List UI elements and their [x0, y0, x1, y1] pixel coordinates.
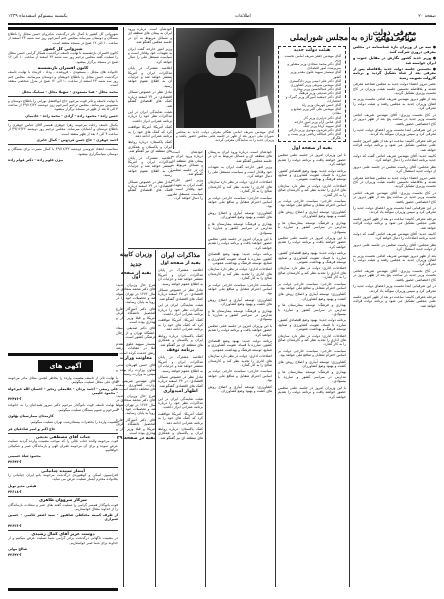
cabinet-box-title: هیئت دولت جدید [283, 49, 341, 53]
condolence-signatures: علی ربیعی - احمد یزدان - غلامعلی زنجیر -… [8, 387, 118, 396]
paragraph: اعلامیه مشترک در پایان مذاکرات ایران و آ… [128, 156, 172, 178]
paragraph: برنامه دولت جدید: بهبود وضع اقتصادی کشور… [208, 252, 272, 265]
notice-text: شهروانی کل کشور با کمال تاثر درگذشت شادر… [8, 32, 118, 45]
paragraph: خودشان است. درباره ورود ایران به پیمان ه… [208, 150, 272, 163]
paragraph: در این شرفیابی ابتدا نخست وزیر اعضای دول… [353, 284, 436, 293]
notice-text: خانواده های مجلل - مسعودی - فروغنده - ود… [8, 70, 118, 87]
paragraph: آقای دکتر آموزگار فارغ التحصیل دانشگاه ک… [116, 418, 156, 436]
paragraph: مرحله معرفی کابینه: ساعت دو بعد از ظهر ا… [353, 139, 436, 152]
paragraph: اصلاحات اداری: دولت در نظر دارد سازمان ه… [208, 354, 272, 367]
condolence-signatures: هیئتی مدیر نوبل [8, 484, 118, 488]
paragraph: کشاورزی: توسعه آبیاری و اصلاح روش های کش… [278, 210, 346, 219]
condolence: سرکار سرووان طاهری فوت بانوگذار همسر گرا… [8, 498, 118, 528]
paragraph: با این وزیران امروز در جلسه علنی مجلس حض… [278, 153, 346, 166]
condolence-text: فوت بانوگذار همسر گرامی را تسلیت گفته بق… [8, 503, 118, 512]
paragraph: سیاست خارجی: سیاست خارجی دولت بر اساس اح… [278, 349, 346, 358]
paragraph: بهداری و فرهنگ: توسعه بیمارستان ها و مدا… [278, 370, 346, 383]
ad-ref: آ-۴۲۶۱۸ [8, 490, 118, 494]
paragraph: تبادل نظر در خصوص مسائل اقتصادی: در ۲۴ ا… [128, 90, 172, 108]
paragraph: هیئت نمایندگی ایران در این مذاکرات نظر خ… [128, 110, 172, 123]
paragraph: اصلاحات اداری: دولت در نظر دارد سازمان ه… [208, 180, 272, 193]
paragraph: شرح حال وزیران جدید: آقای دکتر محمد سجاد… [116, 394, 156, 416]
bullet: ● نخستین جلسه دولت جدید بلافاصله پس از م… [353, 67, 436, 80]
masthead: صفحه ۲۰ اطلاعات یکشنبه بیستوکم اسفندماه … [8, 10, 436, 22]
notice-signatures: حسن زاده - محمود زاده - آزادی - محمد زاد… [8, 114, 118, 118]
condolence-signatures: از طرف کمیته مختلطی شاهپور - سید اصغر قا… [8, 513, 118, 522]
ad-divider [8, 433, 118, 434]
bullet: ● وزیر جدید کشور نگارش در مقابل جنوب و ا… [353, 56, 436, 65]
cabinet-member: آقای مهندس جعفر شریف امامی نخست وزیر [283, 54, 341, 62]
column-right: معرفی دولت بقیه از صفحه اول ● سه تن از و… [353, 27, 436, 587]
paragraph: مرحله معرفی کابینه: ساعت دو بعد از ظهر ا… [353, 295, 436, 308]
column-center-left: خودشان است. درباره ورود ایران به پیمان ه… [208, 150, 272, 587]
paragraph: کمک آمریکا: آمریکا موافقت کرد که کمک های… [158, 412, 203, 425]
ad-ref: آ-۴۲۶۳۶ [8, 524, 118, 528]
paragraph: تبادل نظر در خصوص مسائل اقتصادی: در ۲۴ ا… [128, 180, 172, 198]
notice: کانون افسران بازنشسته خانواده های مجلل -… [8, 66, 118, 94]
paragraph: اصلاحات اداری: دولت در نظر دارد سازمان ه… [278, 266, 346, 279]
paragraph: تبادل نظر در خصوص مسائل اقتصادی: در ۲۴ ا… [158, 375, 203, 388]
paragraph: با این وزیران امروز در جلسه علنی مجلس حض… [278, 386, 346, 399]
paragraph: اصلاحات اداری: دولت در نظر دارد سازمان ه… [278, 184, 346, 197]
column-left-center-top: خودشان است. درباره ورود ایران به پیمان ه… [128, 27, 172, 247]
column-divider [123, 27, 124, 587]
paragraph: برنامه دولت جدید: بهبود وضع اقتصادی کشور… [208, 339, 272, 352]
ad-ref: آ-۴۲۶۴۳ [8, 460, 118, 464]
condolence-signatures: محمود شاه حسینی [8, 454, 118, 458]
paragraph: سیاست خارجی: سیاست خارجی دولت بر اساس اح… [278, 199, 346, 208]
column-iran-negotiations: مذاکرات ایران بقیه از صفحه اول اعلامیه م… [158, 250, 203, 587]
paragraph: عصر دیروز اعضاء دولت جدید به مجلس شناخته… [353, 176, 436, 189]
column-new-ministers: وزیران کابینه جدید بقیه از صفحه اول شرح … [116, 250, 156, 587]
paragraph: برنامه دولت جدید: بهبود وضع اقتصادی کشور… [278, 318, 346, 331]
ad-divider [8, 467, 118, 468]
bottom-rule [8, 588, 118, 591]
condolence-signatures: صالح مولی [8, 547, 118, 551]
paragraph: آقای مهندس شریفی در وزارت کشاورزی سمت ها… [116, 379, 156, 392]
condolence-signatures: حاج اکبر و امیر صادقیان فر [8, 427, 118, 431]
ad-ref: آ-۴۲۴۷۶ [8, 397, 118, 401]
paragraph: نظر مجلس: آقای ریاست مجلس در جلسه علنی د… [353, 243, 436, 252]
notice-text: کانون افسران بازنشسته با نهایت تاسف درگذ… [8, 51, 118, 64]
section-rule [8, 353, 118, 356]
notice-signatures: بیژن علوم زاده - دکتر قوام زاده [8, 158, 118, 162]
condolence-text: با نهایت تاسف فوت بانوگذار مرحوم دکتر سر… [8, 403, 118, 412]
paragraph: اعلامیه مشترک در پایان مذاکرات ایران و آ… [158, 355, 203, 373]
photo-prime-minister [176, 28, 274, 128]
cabinet-member: آقای دکتر عبدالله ریاضی وزیر پست و تلگرا… [283, 132, 341, 140]
paragraph: کمک پاکستان: درباره روابط ایران و پاکستا… [128, 140, 172, 153]
paragraph: بهداری و فرهنگ: توسعه بیمارستان ها و مدا… [278, 303, 346, 316]
subhead: اظهار امیدواری [158, 390, 203, 394]
notice-divider [8, 144, 118, 145]
paragraph: برنامه دولت جدید: بهبود وضع اقتصادی کشور… [278, 169, 346, 182]
paragraph: کابینه جدید: آقای مهندس شریف امامی گفت ک… [353, 232, 436, 241]
condolence: آیتمار سپیده چیانیانی فدراسیون اسکی و کو… [8, 469, 118, 494]
paragraph: وزیر امور خارجه گفت ایران به تعهدات خود … [171, 178, 203, 200]
notice-signatures: محمد مجلل - هما مسعودی - سهیلا مجلل - سی… [8, 90, 118, 94]
subhead: بقیه از صفحه اول [278, 147, 346, 151]
column-divider [275, 145, 276, 587]
cabinet-member: آقای مهندس علی اکبر وزیر صنایع و معادن [283, 107, 341, 115]
cabinet-member: آقای تیمسار سپهبد علوی مقدم وزیر کشور [283, 70, 341, 78]
paragraph: بهداری و فرهنگ: توسعه بیمارستان ها و مدا… [278, 221, 346, 234]
paragraph: بعد از ظهر دیروز مهندس شریف امامی نخست و… [353, 254, 436, 267]
page-number: صفحه ۲۰ [418, 14, 436, 19]
subhead: معاونت وزارت [116, 357, 156, 361]
newspaper-page: صفحه ۲۰ اطلاعات یکشنبه بیستوکم اسفندماه … [8, 10, 436, 590]
paragraph: اصلاحات اداری: دولت در نظر دارد سازمان ه… [208, 267, 272, 280]
paragraph: عصر دیروز اعضاء دولت جدید به مجلس شناخته… [353, 82, 436, 95]
column-divider [349, 27, 350, 587]
notice-signatures: احمد جوهری - حاج حسن فردوس - کمال حاتری [8, 138, 118, 142]
paragraph: مرحله معرفی کابینه: ساعت دو بعد از ظهر ا… [353, 217, 436, 230]
paper-name: اطلاعات [235, 14, 251, 19]
paragraph: شرح حال وزیران جدید: آقای دکتر محمد سجاد… [116, 283, 156, 305]
bullet: ● سه تن از وزیران تازه شناسنامه در مجلس … [353, 45, 436, 54]
column-center-right: بقیه از صفحه اول با این وزیران امروز در … [278, 145, 346, 585]
paragraph: کشاورزی: توسعه آبیاری و اصلاح روش های کش… [208, 298, 272, 307]
column-divider [173, 27, 174, 149]
headline-iran-negotiations: مذاکرات ایران [158, 250, 203, 260]
paragraph: در کاخ نخست وزیری: آقای مهندس شریف امامی… [353, 269, 436, 282]
paragraph: در این شرفیابی ابتدا نخست وزیر اعضای دول… [353, 206, 436, 215]
paragraph: برنامه دولت جدید: بهبود وضع اقتصادی کشور… [278, 251, 346, 264]
paragraph: کمک پاکستان: درباره روابط ایران و پاکستا… [158, 427, 203, 440]
notice: با نهایت تاسف و تاثر فوت مرحوم حاج ابوال… [8, 99, 118, 118]
notice-divider [8, 96, 118, 97]
column-divider [205, 150, 206, 587]
paragraph: در این شرفیابی ابتدا نخست وزیر اعضای دول… [353, 128, 436, 137]
ad-ref: آ-۴۲۶۴۲ [8, 553, 118, 557]
paragraph: اصلاحات اداری: دولت در نظر دارد سازمان ه… [278, 334, 346, 347]
condolence-banner: آگهی های تسلیت [38, 360, 93, 372]
paragraph: سیاست خارجی: سیاست خارجی دولت بر اساس اح… [208, 283, 272, 296]
paragraph: آقای دکتر آموزگار فارغ التحصیل دانشگاه ک… [116, 307, 156, 325]
condolence: با نهایت تاسف فوت بانوگذار مرحوم دکتر سر… [8, 403, 118, 418]
paragraph: کمک آمریکا: آمریکا موافقت کرد که کمک های… [128, 125, 172, 138]
continued-note: بقیه در صفحه ۲۹ [116, 437, 156, 441]
paragraph: آقای حسن قهرمان مدتی معاون وزارت راه بود… [116, 363, 156, 376]
paragraph: با این وزیران امروز در جلسه علنی مجلس حض… [208, 324, 272, 337]
condolence-text: در مصیبت ناگهانی درگذشت برادر گرامی شما … [8, 536, 118, 545]
ad-divider [8, 496, 118, 497]
paragraph: هیئت نمایندگی ایران در این مذاکرات نظر خ… [158, 397, 203, 410]
notice: بمناسبت انعقاد عروسی دوشنبه ۳۹/۱۲/۲۲ با … [8, 147, 118, 162]
paragraph: کمک آمریکا: آمریکا موافقت کرد که کمک های… [158, 318, 203, 331]
column-left-notices: شهروانی کل کشور با کمال تاثر درگذشت شادر… [8, 32, 118, 357]
notice-text: بمناسبت انعقاد عروسی دوشنبه ۳۹/۱۲/۲۲ با … [8, 147, 118, 156]
notice: شهروانی کل کشور با کمال تاثر درگذشت شادر… [8, 32, 118, 51]
issue-date: یکشنبه بیستوکم اسفندماه ۱۳۳۹ [8, 14, 67, 19]
paragraph: تیمسار سپهبد علوی مقدم قبلا در مقامات ار… [116, 342, 156, 355]
paragraph: بهداری و فرهنگ: توسعه بیمارستان ها و مدا… [208, 309, 272, 322]
subhead: برنامه توقف [158, 349, 203, 353]
headline-new-ministers: وزیران کابینه جدید [116, 250, 156, 270]
paragraph: اعلامیه مشترک در پایان مذاکرات ایران و آ… [158, 268, 203, 286]
notice-top-rule [8, 27, 118, 30]
notice-divider [8, 120, 118, 121]
paragraph: وزیر امور خارجه گفت ایران به تعهدات خود … [208, 165, 272, 178]
paragraph: کابینه جدید: آقای مهندس شریف امامی گفت ک… [353, 154, 436, 163]
condolence-text: مصیبت وارده را بحضرات بیستادرشت تهران تس… [8, 420, 118, 424]
paragraph: هیئت نمایندگی ایران در این مذاکرات نظر خ… [158, 303, 203, 316]
paragraph: خودشان است. درباره ورود ایران به پیمان ه… [171, 150, 203, 176]
notice-text: با نهایت تاسف و تاثر فوت مرحوم حاج ابوال… [8, 99, 118, 112]
condolence-signatures: کارمندان بیمارستان پهلوی [8, 414, 118, 418]
subhead: بقیه از صفحه اول [158, 262, 203, 266]
photo-caption: آقای مهندس شریف امامی هنگام معرفی دولت ج… [176, 130, 274, 152]
condolence-text: فوت مرحومه والده جناب عالی را که موجب مص… [8, 439, 118, 452]
paragraph: کشاورزی: توسعه آبیاری و اصلاح روش های کش… [208, 385, 272, 394]
paragraph: کمک پاکستان: درباره روابط ایران و پاکستا… [158, 334, 203, 347]
paragraph: بهداری و فرهنگ: توسعه بیمارستان ها و مدا… [208, 222, 272, 235]
paragraph: نظر مجلس: آقای ریاست مجلس در جلسه علنی د… [353, 165, 436, 174]
cabinet-member: آقای دکتر محمد سجادی وزیر مشاور و سرپرست… [283, 62, 341, 70]
column-filler: خودشان است. درباره ورود ایران به پیمان ه… [171, 150, 203, 250]
paragraph: اعلامیه مشترک در پایان مذاکرات ایران و آ… [128, 66, 172, 88]
masthead-rule [8, 23, 436, 25]
paragraph: خودشان است. درباره ورود ایران به پیمان ه… [128, 27, 172, 45]
paragraph: آقای دکتر صدیقی استاد دانشگاه تهران و از… [116, 326, 156, 339]
condolence: مصیبت وارده را بحضرات بیستادرشت تهران تس… [8, 420, 118, 431]
ad-divider [8, 530, 118, 531]
paragraph: تبادل نظر در خصوص مسائل اقتصادی: در ۲۴ ا… [158, 288, 203, 301]
paragraph: کشاورزی: توسعه آبیاری و اصلاح روش های کش… [278, 292, 346, 301]
headline-government-program: برنامه دولت تازه به مجلس شورایملی [283, 32, 423, 42]
cabinet-member: آقای دکتر جمشید آموزگار وزیر گمرک و انحص… [283, 95, 341, 103]
notice: کانون افسران بازنشسته با نهایت تاسف درگذ… [8, 51, 118, 64]
condolence: جناب آقای مصطفی بدیعی فوت مرحومه والده ج… [8, 435, 118, 465]
paragraph: بعد از ظهر دیروز مهندس شریف امامی نخست و… [353, 97, 436, 110]
paragraph: سیاست خارجی: سیاست خارجی دولت بر اساس اح… [278, 282, 346, 291]
cabinet-list-box: هیئت دولت جدید آقای مهندس جعفر شریف امام… [278, 46, 346, 142]
notice-text: بکمال تاسف رحلت مرحومه زهرا جوهری همسر آ… [8, 123, 118, 136]
paragraph: در کاخ نخست وزیری: آقای مهندس شریف امامی… [353, 113, 436, 126]
paragraph: کشاورزی: توسعه آبیاری و اصلاح روش های کش… [208, 211, 272, 220]
notice: بکمال تاسف رحلت مرحومه زهرا جوهری همسر آ… [8, 123, 118, 142]
paragraph: سیاست خارجی: سیاست خارجی دولت بر اساس اح… [208, 369, 272, 382]
paragraph: کشاورزی: توسعه آبیاری و اصلاح روش های کش… [278, 360, 346, 369]
paragraph: سیاست خارجی: سیاست خارجی دولت بر اساس اح… [208, 196, 272, 209]
condolence-text: با نهایت تاثر از تاسف مصیبت وارده را بخا… [8, 376, 118, 385]
condolence: دوست عزیز آقای کمال رشیدی در مصیبت ناگها… [8, 532, 118, 557]
condolence-text: فدراسیون اسکی و کوهنوردی درگذشت مرحومه ب… [8, 473, 118, 482]
paragraph: با این وزیران امروز در جلسه علنی مجلس حض… [208, 237, 272, 250]
paragraph: وزیر امور خارجه گفت ایران به تعهدات خود … [128, 47, 172, 65]
column-left-condolences: با نهایت تاثر از تاسف مصیبت وارده را بخا… [8, 376, 118, 586]
condolence: با نهایت تاثر از تاسف مصیبت وارده را بخا… [8, 376, 118, 401]
section-divider [128, 248, 205, 249]
paragraph: در کاخ نخست وزیری: آقای مهندس شریف امامی… [353, 191, 436, 204]
paragraph: با این وزیران امروز در جلسه علنی مجلس حض… [278, 236, 346, 249]
subhead: بقیه از صفحه اول [116, 272, 156, 281]
